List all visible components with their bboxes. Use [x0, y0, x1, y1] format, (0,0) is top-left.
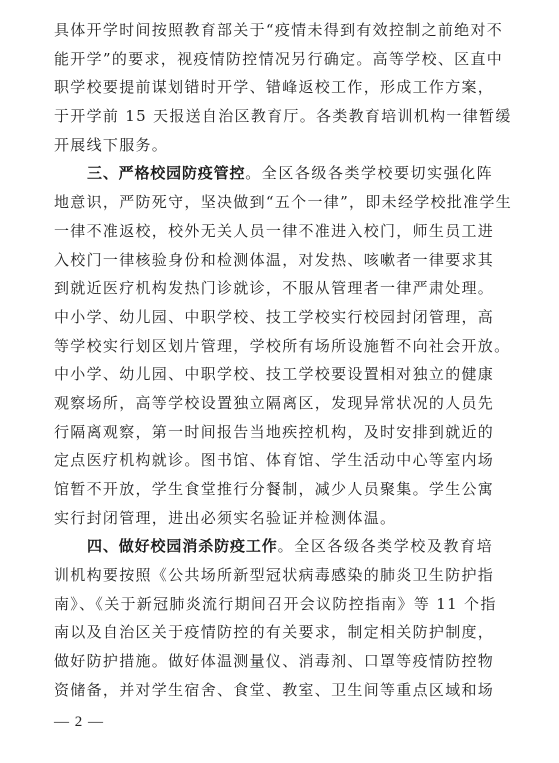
text-line: 职学校要提前谋划错时开学、错峰返校工作，形成工作方案，: [54, 73, 493, 102]
text-line: 做好防护措施。做好体温测量仪、消毒剂、口罩等疫情防控物: [54, 647, 493, 676]
text-line: 入校门一律核验身份和检测体温，对发热、咳嗽者一律要求其: [54, 246, 493, 275]
section-heading-three: 三、严格校园防疫管控: [87, 164, 245, 182]
text-line: 行隔离观察，第一时间报告当地疾控机构，及时安排到就近的: [54, 418, 493, 447]
text-line: 中小学、幼儿园、中职学校、技工学校要设置相对独立的健康: [54, 360, 493, 389]
text-line: 训机构要按照《公共场所新型冠状病毒感染的肺炎卫生防护指: [54, 561, 493, 590]
text-line: 到就近医疗机构发热门诊就诊，不服从管理者一律严肃处理。: [54, 274, 493, 303]
text-line: 资储备，并对学生宿舍、食堂、教室、卫生间等重点区域和场: [54, 676, 493, 705]
section-four-first-line: 四、做好校园消杀防疫工作。全区各级各类学校及教育培: [54, 532, 493, 561]
text-line: 一律不准返校，校外无关人员一律不准进入校门，师生员工进: [54, 217, 493, 246]
document-page: 具体开学时间按照教育部关于“疫情未得到有效控制之前绝对不 能开学”的要求，视疫情…: [0, 0, 559, 763]
text-line: 观察场所，高等学校设置独立隔离区，发现异常状况的人员先: [54, 389, 493, 418]
text-line: 地意识，严防死守，坚决做到“五个一律”，即未经学校批准学生: [54, 188, 493, 217]
text-line: 具体开学时间按照教育部关于“疫情未得到有效控制之前绝对不: [54, 16, 493, 45]
text-line: 开展线下服务。: [54, 131, 493, 160]
document-body: 具体开学时间按照教育部关于“疫情未得到有效控制之前绝对不 能开学”的要求，视疫情…: [54, 16, 493, 705]
page-number: — 2 —: [54, 708, 104, 736]
text-line: 于开学前 15 天报送自治区教育厅。各类教育培训机构一律暂缓: [54, 102, 493, 131]
section-four-text: 。全区各级各类学校及教育培: [278, 537, 493, 555]
text-line: 定点医疗机构就诊。图书馆、体育馆、学生活动中心等室内场: [54, 446, 493, 475]
text-line: 等学校实行划区划片管理，学校所有场所设施暂不向社会开放。: [54, 332, 493, 361]
section-heading-four: 四、做好校园消杀防疫工作: [87, 537, 278, 555]
text-line: 南》、《关于新冠肺炎流行期间召开会议防控指南》等 11 个指: [54, 590, 493, 619]
text-line: 馆暂不开放，学生食堂推行分餐制，减少人员聚集。学生公寓: [54, 475, 493, 504]
section-three-text: 。全区各级各类学校要切实强化阵: [245, 164, 493, 182]
text-line: 实行封闭管理，进出必须实名验证并检测体温。: [54, 504, 493, 533]
section-three-first-line: 三、严格校园防疫管控。全区各级各类学校要切实强化阵: [54, 159, 493, 188]
text-line: 能开学”的要求，视疫情防控情况另行确定。高等学校、区直中: [54, 45, 493, 74]
text-line: 南以及自治区关于疫情防控的有关要求，制定相关防护制度，: [54, 618, 493, 647]
text-line: 中小学、幼儿园、中职学校、技工学校实行校园封闭管理，高: [54, 303, 493, 332]
